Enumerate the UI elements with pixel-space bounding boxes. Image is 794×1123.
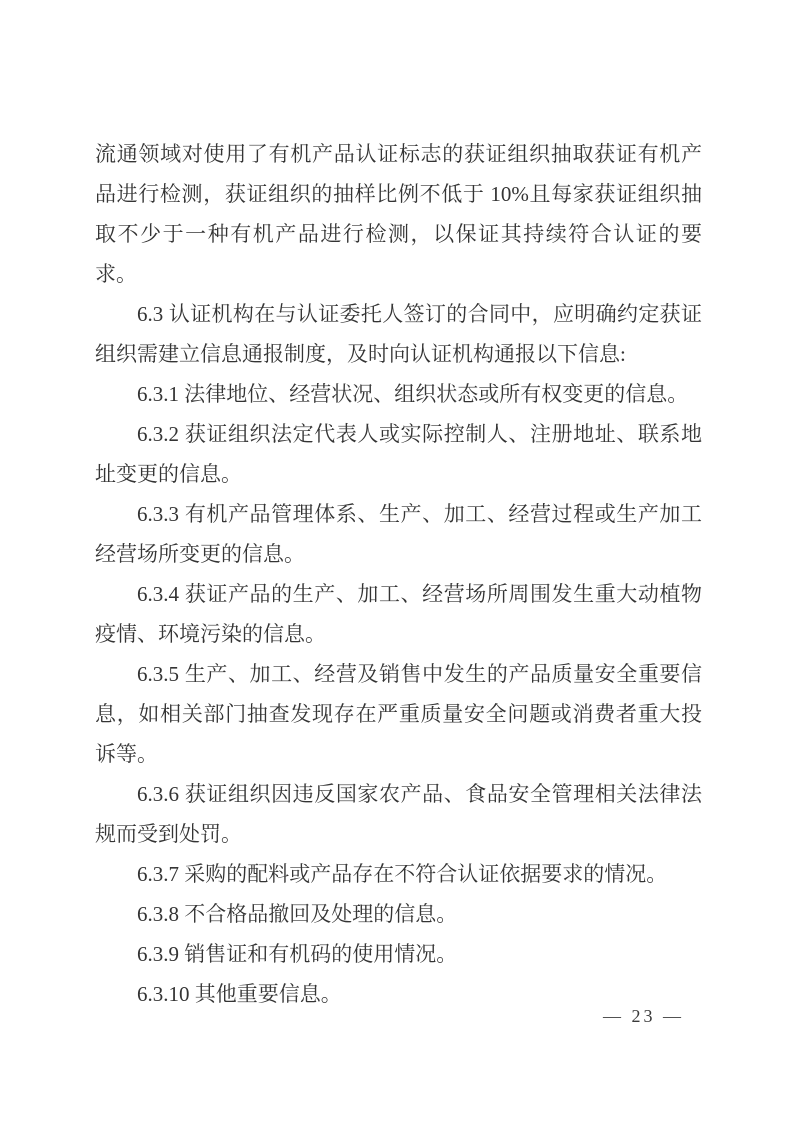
paragraph-6-3-8: 6.3.8 不合格品撤回及处理的信息。 xyxy=(95,894,702,934)
paragraph-6-3-4: 6.3.4 获证产品的生产、加工、经营场所周围发生重大动植物疫情、环境污染的信息… xyxy=(95,574,702,654)
paragraph-6-3-9: 6.3.9 销售证和有机码的使用情况。 xyxy=(95,934,702,974)
paragraph-6-3-3: 6.3.3 有机产品管理体系、生产、加工、经营过程或生产加工经营场所变更的信息。 xyxy=(95,494,702,574)
paragraph-continued: 流通领域对使用了有机产品认证标志的获证组织抽取获证有机产品进行检测，获证组织的抽… xyxy=(95,134,702,294)
paragraph-6-3-6: 6.3.6 获证组织因违反国家农产品、食品安全管理相关法律法规而受到处罚。 xyxy=(95,774,702,854)
paragraph-6-3-7: 6.3.7 采购的配料或产品存在不符合认证依据要求的情况。 xyxy=(95,854,702,894)
document-body: 流通领域对使用了有机产品认证标志的获证组织抽取获证有机产品进行检测，获证组织的抽… xyxy=(95,134,702,1014)
paragraph-6-3: 6.3 认证机构在与认证委托人签订的合同中，应明确约定获证组织需建立信息通报制度… xyxy=(95,294,702,374)
page-number: — 23 — xyxy=(603,1006,702,1026)
page-footer: — 23 — xyxy=(0,1006,702,1027)
document-page: 流通领域对使用了有机产品认证标志的获证组织抽取获证有机产品进行检测，获证组织的抽… xyxy=(0,0,794,1123)
paragraph-6-3-1: 6.3.1 法律地位、经营状况、组织状态或所有权变更的信息。 xyxy=(95,374,702,414)
paragraph-6-3-5: 6.3.5 生产、加工、经营及销售中发生的产品质量安全重要信息，如相关部门抽查发… xyxy=(95,654,702,774)
paragraph-6-3-2: 6.3.2 获证组织法定代表人或实际控制人、注册地址、联系地址变更的信息。 xyxy=(95,414,702,494)
